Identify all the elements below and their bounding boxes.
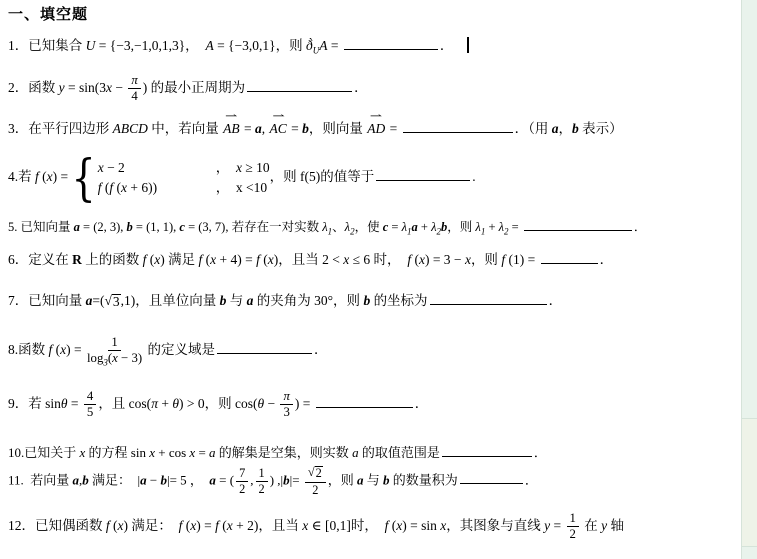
text-run: + 6)) xyxy=(127,180,157,195)
denominator: 4 xyxy=(131,89,137,103)
vector-arrow-icon: ⇀ xyxy=(219,112,244,122)
text-run: ( xyxy=(113,180,121,195)
text-run: ， xyxy=(216,160,236,175)
text-run: ，则 xyxy=(328,472,357,487)
text-run: ，则 f(5)的值等于 xyxy=(270,169,375,184)
math-run: θ xyxy=(172,396,179,411)
numerator: 1 xyxy=(108,336,120,351)
text-run: 、 xyxy=(332,220,345,234)
document-page[interactable]: 一、填空题 1．已知集合 U = {−3,−1,0,1,3}， A = {−3,… xyxy=(0,0,741,559)
denominator: 5 xyxy=(87,405,93,419)
sqrt-expression: √2 xyxy=(308,466,323,481)
text-run: + xyxy=(485,220,498,234)
text-run: ．（用 xyxy=(515,121,552,136)
text-run: 11. 若向量 xyxy=(8,472,73,487)
answer-blank xyxy=(430,302,547,305)
answer-blank xyxy=(247,89,352,92)
cases-row: f (f (x + 6))， x <10 xyxy=(98,180,270,197)
question-2: 2．函数 y = sin(3x − π4) 的最小正周期为． xyxy=(8,74,368,104)
text-run: 的方程 sin xyxy=(85,445,149,460)
text-run: ( xyxy=(219,518,227,533)
text-run: ． xyxy=(549,293,563,308)
answer-blank xyxy=(344,47,438,50)
denominator: log3(x − 3) xyxy=(87,351,142,365)
text-run: = xyxy=(550,518,564,533)
text-run: 的坐标为 xyxy=(370,293,427,308)
denominator: 2 xyxy=(312,483,318,497)
text-run: ，则 xyxy=(447,220,475,234)
text-run: = (2, 3), xyxy=(80,220,127,234)
vector-overbar: ⇀AD xyxy=(367,119,385,138)
text-run: ． xyxy=(534,445,547,460)
text-run: + cos xyxy=(155,445,189,460)
text-run: 5. 已知向量 xyxy=(8,220,74,234)
text-run: |= 5 ， xyxy=(167,472,209,487)
text-run: 3．在平行四边形 xyxy=(8,121,113,136)
answer-blank xyxy=(541,261,598,264)
text-run: ，其图象与直线 xyxy=(446,518,544,533)
text-run: 2 xyxy=(312,483,318,497)
text-run: 的取值范围是 xyxy=(359,445,440,460)
text-run: = xyxy=(241,121,255,136)
text-run: ) 满足： xyxy=(124,518,179,533)
answer-blank xyxy=(442,454,532,457)
scrollbar-thumb[interactable] xyxy=(742,418,757,547)
text-run: ( xyxy=(39,169,47,184)
text-run: − 2 xyxy=(104,160,125,175)
text-run: 满足： | xyxy=(89,472,140,487)
question-6: 6．定义在 R 上的函数 f (x) 满足 f (x + 4) = f (x)，… xyxy=(8,252,613,269)
math-run: π xyxy=(131,73,137,87)
scrollbar-track[interactable] xyxy=(741,0,757,559)
text-run: ( xyxy=(202,252,210,267)
text-run: ∈ [0,1]时， xyxy=(308,518,384,533)
text-run: ． xyxy=(525,472,538,487)
denominator: 3 xyxy=(283,405,289,419)
numerator: 7 xyxy=(236,467,248,482)
text-run: 在 xyxy=(581,518,601,533)
text-run: 10.已知关于 xyxy=(8,445,80,460)
text-run: = xyxy=(509,220,522,234)
fraction: 12 xyxy=(567,512,579,542)
text-run: ) = xyxy=(66,342,85,357)
numerator: 1 xyxy=(256,467,268,482)
text-run: + xyxy=(418,220,431,234)
vector-overbar: ⇀AC xyxy=(270,119,287,138)
text-run: 2 xyxy=(239,482,245,496)
numerator: π xyxy=(128,74,140,89)
vector-base: AB xyxy=(223,121,240,136)
text-run: , xyxy=(250,472,253,487)
fraction: π4 xyxy=(128,74,140,104)
question-8: 8.函数 f (x) = 1log3(x − 3) 的定义域是． xyxy=(8,336,328,366)
vector-symbol: b xyxy=(572,121,579,136)
vector-symbol: a xyxy=(255,121,262,136)
question-9: 9．若 sinθ = 45，且 cos(π + θ) > 0，则 cos(θ −… xyxy=(8,390,428,420)
text-run: ， xyxy=(559,121,573,136)
math-run: U xyxy=(86,38,96,53)
case-expression: f (f (x + 6)) xyxy=(98,180,216,197)
math-run: θ xyxy=(61,396,68,411)
text-run: ,1)，且单位向量 xyxy=(121,293,220,308)
text-run: ． xyxy=(634,220,647,234)
text-run: ) ,| xyxy=(270,472,283,487)
text-run: 4.若 xyxy=(8,169,35,184)
vector-base: AC xyxy=(270,121,287,136)
fraction: 12 xyxy=(256,467,268,496)
text-run: ( xyxy=(411,252,419,267)
text-run: = (3, 7), 若存在一对实数 xyxy=(185,220,322,234)
fraction: π3 xyxy=(280,390,292,420)
text-run: = xyxy=(328,38,342,53)
answer-blank xyxy=(376,178,470,181)
text-run: − xyxy=(147,472,161,487)
vector-symbol: b xyxy=(302,121,309,136)
answer-blank xyxy=(316,405,413,408)
text-run: ) = xyxy=(53,169,72,184)
radical-icon: √ xyxy=(104,294,111,310)
text-run: ，使 xyxy=(355,220,383,234)
vector-symbol: a xyxy=(552,121,559,136)
question-11: 11. 若向量 a,b 满足： |a − b|= 5 ， a = (72,12)… xyxy=(8,466,538,497)
question-1: 1．已知集合 U = {−3,−1,0,1,3}， A = {−3,0,1}，则… xyxy=(8,37,469,55)
cases-rows: x − 2， x ≥ 10f (f (x + 6))， x <10 xyxy=(98,160,270,197)
brace-icon: { xyxy=(72,153,96,202)
text-run: ) = xyxy=(196,518,215,533)
radicand: 3 xyxy=(112,294,121,310)
text-run: 的数量积为 xyxy=(390,472,458,487)
text-run: 的定义域是 xyxy=(144,342,215,357)
text-run: )，且当 2 < xyxy=(274,252,343,267)
math-run: π xyxy=(151,396,158,411)
text-run: ，且 cos( xyxy=(98,396,151,411)
math-run: ð̀ xyxy=(306,38,313,53)
text-run: ) = 3 − xyxy=(425,252,465,267)
text-run: 2 xyxy=(259,482,265,496)
math-run: A xyxy=(205,38,213,53)
text-run: 9．若 sin xyxy=(8,396,61,411)
denominator: 2 xyxy=(239,482,245,496)
text-run: 8.函数 xyxy=(8,342,49,357)
text-run: ． xyxy=(314,342,328,357)
text-run: ( xyxy=(52,342,60,357)
denominator: 2 xyxy=(570,527,576,541)
text-run: = sin(3 xyxy=(65,80,106,95)
text-run: 4 xyxy=(131,89,137,103)
question-10: 10.已知关于 x 的方程 sin x + cos x = a 的解集是空集，则… xyxy=(8,445,547,461)
section-title: 一、填空题 xyxy=(8,3,88,24)
fraction: √22 xyxy=(305,466,326,497)
question-12: 12．已知偶函数 f (x) 满足： f (x) = f (x + 2)，且当 … xyxy=(8,512,624,542)
fraction: 1log3(x − 3) xyxy=(87,336,142,366)
numerator: √2 xyxy=(305,466,326,483)
text-run: 中，若向量 xyxy=(148,121,222,136)
text-run: 1 xyxy=(111,335,117,349)
text-run: ． xyxy=(600,252,614,267)
text-run: , xyxy=(262,121,269,136)
math-run: A xyxy=(319,38,327,53)
text-run: 与 xyxy=(364,472,384,487)
text-run: ) 的最小正周期为 xyxy=(143,80,245,95)
fraction: 45 xyxy=(84,390,96,420)
text-run: 上的函数 xyxy=(82,252,143,267)
vector-arrow-icon: ⇀ xyxy=(265,112,291,122)
text-run: 7．已知向量 xyxy=(8,293,86,308)
text-run: = xyxy=(288,121,302,136)
numerator: 1 xyxy=(567,512,579,527)
case-expression: x − 2 xyxy=(98,160,216,177)
text-run: = xyxy=(68,396,82,411)
numerator: π xyxy=(280,390,292,405)
text-cursor xyxy=(467,37,469,53)
text-run: − xyxy=(112,80,126,95)
text-run: = (1, 1), xyxy=(133,220,180,234)
question-3: 3．在平行四边形 ABCD 中，若向量 ⇀AB = a, ⇀AC = b，则向量… xyxy=(8,119,623,138)
text-run: 轴 xyxy=(607,518,624,533)
text-run: 12．已知偶函数 xyxy=(8,518,106,533)
text-run: = xyxy=(195,445,209,460)
text-run: |= xyxy=(290,472,303,487)
text-run: ) > 0，则 cos( xyxy=(179,396,257,411)
vector-arrow-icon: ⇀ xyxy=(363,112,390,122)
text-run: ) = xyxy=(295,396,314,411)
cases-row: x − 2， x ≥ 10 xyxy=(98,160,270,177)
text-run: 1 xyxy=(259,466,265,480)
text-run: ． xyxy=(415,396,429,411)
vector-overbar: ⇀AB xyxy=(223,119,240,138)
answer-blank xyxy=(217,351,312,354)
answer-blank xyxy=(403,130,513,133)
text-run: 2 xyxy=(570,527,576,541)
text-run: 4 xyxy=(87,389,93,403)
math-run: π xyxy=(283,389,289,403)
question-4: 4.若 f (x) = {x − 2， x ≥ 10f (f (x + 6))，… xyxy=(8,159,476,197)
text-run: ， x <10 xyxy=(216,180,268,195)
sqrt-expression: √3 xyxy=(104,294,120,310)
radical-icon: √ xyxy=(308,466,315,481)
text-run: + 4) = xyxy=(216,252,256,267)
text-run: 7 xyxy=(239,466,245,480)
text-run: ． xyxy=(354,80,368,95)
text-run: ≥ 10 xyxy=(242,160,270,175)
text-run: 表示） xyxy=(579,121,623,136)
text-run: ，则向量 xyxy=(309,121,366,136)
text-run: 2 xyxy=(316,466,322,480)
text-run: log xyxy=(87,351,103,365)
fraction: 72 xyxy=(236,467,248,496)
text-run: = xyxy=(386,121,400,136)
radicand: 2 xyxy=(315,466,323,481)
text-run: (1) = xyxy=(505,252,538,267)
answer-blank xyxy=(460,481,523,484)
text-run: 6．定义在 xyxy=(8,252,72,267)
text-run: − 3) xyxy=(118,351,142,365)
text-run: = {−3,0,1}，则 xyxy=(214,38,306,53)
text-run: − xyxy=(264,396,278,411)
denominator: 2 xyxy=(259,482,265,496)
question-7: 7．已知向量 a=(√3,1)，且单位向量 b 与 a 的夹角为 30°，则 b… xyxy=(8,293,562,310)
piecewise-cases: {x − 2， x ≥ 10f (f (x + 6))， x <10 xyxy=(72,159,270,197)
text-run: ) = sin xyxy=(402,518,440,533)
set-symbol: R xyxy=(72,252,82,267)
text-run: 3 xyxy=(113,294,120,309)
answer-blank xyxy=(524,228,632,231)
text-run: + 2)，且当 xyxy=(233,518,302,533)
text-run: 的夹角为 30°，则 xyxy=(253,293,363,308)
case-condition: ， x ≥ 10 xyxy=(216,160,270,177)
math-run: ABCD xyxy=(113,121,148,136)
text-run: = {−3,−1,0,1,3}， xyxy=(95,38,205,53)
text-run: . xyxy=(472,169,475,184)
numerator: 4 xyxy=(84,390,96,405)
text-run: 与 xyxy=(226,293,246,308)
vector-base: AD xyxy=(367,121,385,136)
text-run: =( xyxy=(92,293,104,308)
text-run: = xyxy=(388,220,401,234)
text-run: 的解集是空集，则实数 xyxy=(216,445,353,460)
text-run: ) 满足 xyxy=(160,252,198,267)
text-run: 3 xyxy=(283,405,289,419)
question-5: 5. 已知向量 a = (2, 3), b = (1, 1), c = (3, … xyxy=(8,220,646,236)
text-run: ( xyxy=(110,518,118,533)
text-run: ( xyxy=(260,252,268,267)
text-run: ≤ 6 时， xyxy=(349,252,407,267)
text-run: 2．函数 xyxy=(8,80,59,95)
text-run: ． xyxy=(440,38,454,53)
text-run: 1 xyxy=(570,511,576,525)
text-run: + xyxy=(158,396,172,411)
case-condition: ， x <10 xyxy=(216,180,268,197)
text-run: ，则 xyxy=(471,252,501,267)
text-run: 1．已知集合 xyxy=(8,38,86,53)
text-run: 5 xyxy=(87,405,93,419)
text-run: = ( xyxy=(216,472,234,487)
